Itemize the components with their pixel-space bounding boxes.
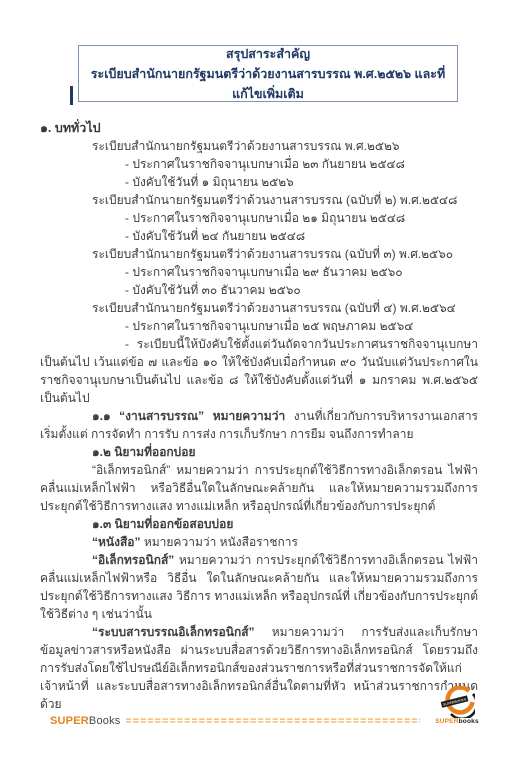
footer-divider-dashes: ========================================… xyxy=(125,715,420,727)
text-segment: - บังคับใช้วันที่ ๓๐ ธันวาคม ๒๕๖๐ xyxy=(125,283,301,297)
section-heading: ๑. บททั่วไป xyxy=(40,119,478,137)
summary-title-line2: ระเบียบสำนักนายกรัฐมนตรีว่าด้วยงานสารบรร… xyxy=(79,64,457,104)
logo-wordmark: SUPERbooks xyxy=(433,718,481,725)
paragraph: “อิเล็กทรอนิกส์” หมายความว่า การประยุกต์… xyxy=(40,551,478,623)
text-segment: ระเบียบสำนักนายกรัฐมนตรีว่าด้วยงานสารบรร… xyxy=(92,247,453,261)
text-segment: “อิเล็กทรอนิกส์” หมายความว่า การประยุกต์… xyxy=(40,463,478,513)
text-segment: - ประกาศในราชกิจจานุเบกษาเมื่อ ๒๑ มิถุนา… xyxy=(125,211,405,225)
paragraph: ๑.๑ “งานสารบรรณ” หมายความว่า งานที่เกี่ย… xyxy=(40,407,478,443)
paragraph-list: ระเบียบสำนักนายกรัฐมนตรีว่าด้วยงานสารบรร… xyxy=(40,137,478,713)
text-segment: ระเบียบสำนักนายกรัฐมนตรีว่าด้วยงานสารบรร… xyxy=(92,301,456,315)
paragraph: - ประกาศในราชกิจจานุเบกษาเมื่อ ๒๙ ธันวาค… xyxy=(40,263,478,281)
paragraph: - บังคับใช้วันที่ ๑ มิถุนายน ๒๕๒๖ xyxy=(40,173,478,191)
text-segment: ๑.๒ นิยามที่ออกบ่อย xyxy=(92,445,196,459)
paragraph: - บังคับใช้วันที่ ๓๐ ธันวาคม ๒๕๖๐ xyxy=(40,281,478,299)
paragraph: - บังคับใช้วันที่ ๒๔ กันยายน ๒๕๔๘ xyxy=(40,227,478,245)
footer-brand-books: Books xyxy=(89,715,121,727)
text-segment: - บังคับใช้วันที่ ๑ มิถุนายน ๒๕๒๖ xyxy=(125,175,294,189)
text-segment: ๑.๑ “งานสารบรรณ” หมายความว่า xyxy=(92,409,294,423)
logo-wordmark-books: books xyxy=(459,718,479,725)
text-segment: ระเบียบสำนักนายกรัฐมนตรีว่าด้วยงานสารบรร… xyxy=(92,139,399,153)
paragraph: ระเบียบสำนักนายกรัฐมนตรีว่าด้วยงานสารบรร… xyxy=(40,299,478,317)
text-segment: - บังคับใช้วันที่ ๒๔ กันยายน ๒๕๔๘ xyxy=(125,229,305,243)
paragraph: - ประกาศในราชกิจจานุเบกษาเมื่อ ๒๓ กันยาย… xyxy=(40,155,478,173)
text-segment: “ระบบสารบรรณอิเล็กทรอนิกส์” xyxy=(92,625,272,639)
paragraph: ระเบียบสำนักนายกรัฐมนตรีว่าด้วนงานสารบรร… xyxy=(40,191,478,209)
paragraph: ๑.๒ นิยามที่ออกบ่อย xyxy=(40,443,478,461)
text-segment: หมายความว่า หนังสือราชการ xyxy=(144,535,298,549)
paragraph: - ประกาศในราชกิจจานุเบกษาเมื่อ ๒๑ มิถุนา… xyxy=(40,209,478,227)
text-segment: ๑.๓ นิยามที่ออกข้อสอบบ่อย xyxy=(92,517,233,531)
text-segment: ระเบียบสำนักนายกรัฐมนตรีว่าด้วนงานสารบรร… xyxy=(92,193,457,207)
footer-brand: SUPERBooks xyxy=(50,715,120,727)
paragraph: - ประกาศในราชกิจจานุเบกษาเมื่อ ๒๕ พฤษภาค… xyxy=(40,317,478,335)
text-segment: “หนังสือ” xyxy=(92,535,144,549)
paragraph: “อิเล็กทรอนิกส์” หมายความว่า การประยุกต์… xyxy=(40,461,478,515)
summary-title-box: สรุปสาระสำคัญ ระเบียบสำนักนายกรัฐมนตรีว่… xyxy=(78,45,458,102)
text-segment: - ประกาศในราชกิจจานุเบกษาเมื่อ ๒๓ กันยาย… xyxy=(125,157,405,171)
paragraph: “หนังสือ” หมายความว่า หนังสือราชการ xyxy=(40,533,478,551)
document-body: ๑. บททั่วไป ระเบียบสำนักนายกรัฐมนตรีว่าด… xyxy=(40,119,478,713)
paragraph: ๑.๓ นิยามที่ออกข้อสอบบ่อย xyxy=(40,515,478,533)
text-segment: - ระเบียบนี้ให้บังคับใช้ตั้งแต่วันถัดจาก… xyxy=(40,337,478,405)
summary-title-line1: สรุปสาระสำคัญ xyxy=(79,44,457,64)
logo-wordmark-super: SUPER xyxy=(435,718,458,725)
paragraph: - ระเบียบนี้ให้บังคับใช้ตั้งแต่วันถัดจาก… xyxy=(40,335,478,407)
paragraph: “ระบบสารบรรณอิเล็กทรอนิกส์” หมายความว่า … xyxy=(40,623,478,713)
text-segment: - ประกาศในราชกิจจานุเบกษาเมื่อ ๒๕ พฤษภาค… xyxy=(125,319,413,333)
text-cursor xyxy=(70,86,73,105)
superbooks-logo: SUPERBOOKS SUPERbooks xyxy=(433,686,481,725)
page-footer: SUPERBooks =============================… xyxy=(50,713,425,729)
text-segment: “อิเล็กทรอนิกส์” xyxy=(92,553,179,567)
footer-brand-super: SUPER xyxy=(50,715,89,727)
swoosh-logo-icon: SUPERBOOKS xyxy=(439,686,475,718)
text-segment: - ประกาศในราชกิจจานุเบกษาเมื่อ ๒๙ ธันวาค… xyxy=(125,265,403,279)
paragraph: ระเบียบสำนักนายกรัฐมนตรีว่าด้วยงานสารบรร… xyxy=(40,137,478,155)
paragraph: ระเบียบสำนักนายกรัฐมนตรีว่าด้วยงานสารบรร… xyxy=(40,245,478,263)
